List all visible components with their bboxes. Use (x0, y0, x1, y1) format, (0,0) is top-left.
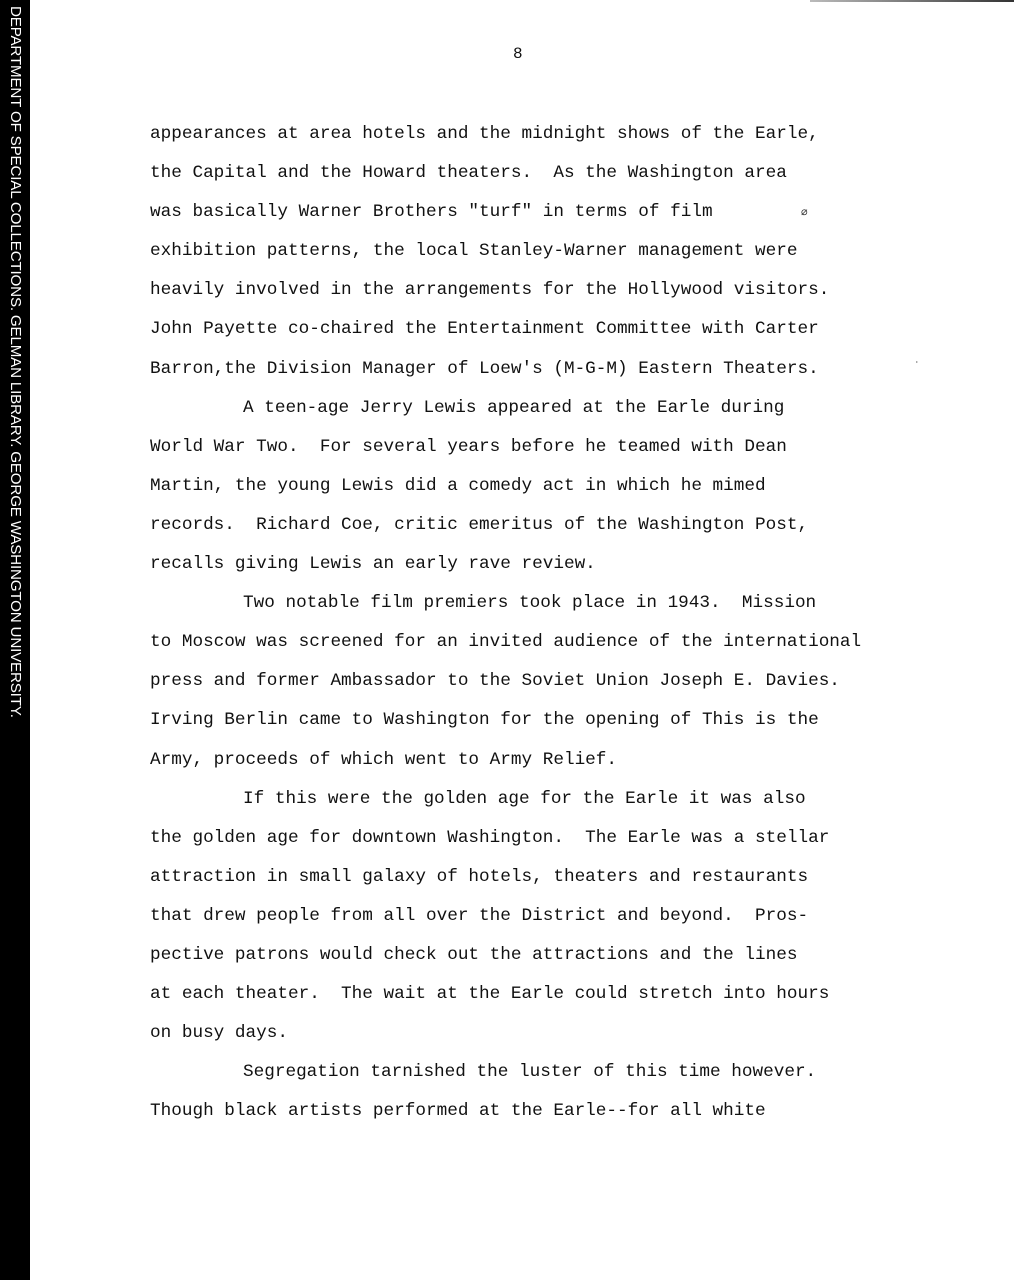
text-line: the Capital and the Howard theaters. As … (150, 161, 861, 200)
text-line: A teen-age Jerry Lewis appeared at the E… (150, 396, 861, 435)
paragraph: appearances at area hotels and the midni… (150, 122, 861, 396)
text-line: attraction in small galaxy of hotels, th… (150, 865, 861, 904)
text-line: at each theater. The wait at the Earle c… (150, 982, 861, 1021)
page-number: 8 (513, 45, 523, 63)
scan-mark: ʿ (915, 360, 919, 372)
text-line: the golden age for downtown Washington. … (150, 826, 861, 865)
text-line: World War Two. For several years before … (150, 435, 861, 474)
text-line: heavily involved in the arrangements for… (150, 278, 861, 317)
scan-mark: ⌀ (801, 205, 808, 218)
text-line: records. Richard Coe, critic emeritus of… (150, 513, 861, 552)
text-line: Martin, the young Lewis did a comedy act… (150, 474, 861, 513)
text-line: exhibition patterns, the local Stanley-W… (150, 239, 861, 278)
top-edge-rule (810, 0, 1014, 2)
text-line: Barron,the Division Manager of Loew's (M… (150, 357, 861, 396)
text-line: Army, proceeds of which went to Army Rel… (150, 748, 861, 787)
archive-credit-text: DEPARTMENT OF SPECIAL COLLECTIONS. GELMA… (3, 6, 27, 718)
text-line: on busy days. (150, 1021, 861, 1060)
text-line: Two notable film premiers took place in … (150, 591, 861, 630)
text-line: that drew people from all over the Distr… (150, 904, 861, 943)
text-line: press and former Ambassador to the Sovie… (150, 669, 861, 708)
text-line: to Moscow was screened for an invited au… (150, 630, 861, 669)
text-line: appearances at area hotels and the midni… (150, 122, 861, 161)
text-line: was basically Warner Brothers "turf" in … (150, 200, 861, 239)
paragraph: Segregation tarnished the luster of this… (150, 1060, 861, 1138)
text-line: John Payette co-chaired the Entertainmen… (150, 317, 861, 356)
paragraph: Two notable film premiers took place in … (150, 591, 861, 786)
paragraph: A teen-age Jerry Lewis appeared at the E… (150, 396, 861, 591)
archive-side-strip: DEPARTMENT OF SPECIAL COLLECTIONS. GELMA… (0, 0, 30, 1280)
text-line: Segregation tarnished the luster of this… (150, 1060, 861, 1099)
document-body: appearances at area hotels and the midni… (150, 122, 861, 1138)
text-line: If this were the golden age for the Earl… (150, 787, 861, 826)
text-line: recalls giving Lewis an early rave revie… (150, 552, 861, 591)
paragraph: If this were the golden age for the Earl… (150, 787, 861, 1061)
text-line: pective patrons would check out the attr… (150, 943, 861, 982)
text-line: Irving Berlin came to Washington for the… (150, 708, 861, 747)
text-line: Though black artists performed at the Ea… (150, 1099, 861, 1138)
